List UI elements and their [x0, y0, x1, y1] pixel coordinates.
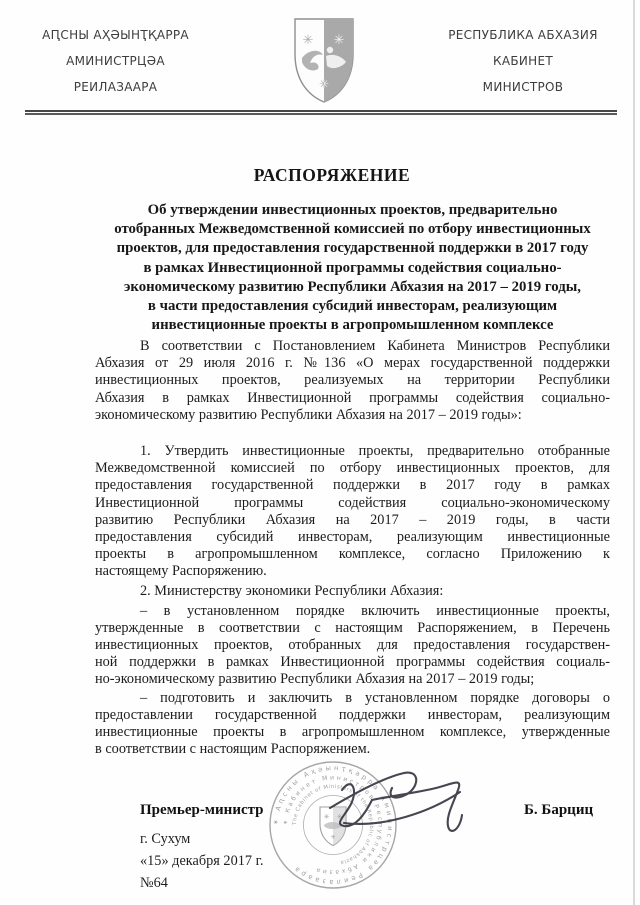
paragraph-line: предоставления субсидий инвесторам, реал… [95, 529, 610, 546]
page-edge-shadow [633, 0, 635, 905]
paragraph-line: Межведомственной комиссией по отбору инв… [95, 460, 610, 477]
paragraph-line: инвестиционные проекты в агропромышленно… [95, 724, 610, 741]
header-left-line: АМИНИСТРЦӘА [28, 48, 203, 74]
paragraph-line: проекты в агропромышленном комплексе, со… [95, 546, 610, 563]
paragraph-dash-1: – в установленном порядке включить инвес… [95, 603, 610, 689]
paragraph-line: Абхазия от 29 июля 2016 г. №136 «О мерах… [95, 355, 610, 372]
subject-line: в рамках Инвестиционной программы содейс… [95, 259, 610, 278]
paragraph-line: Абхазия в рамках Инвестиционной программ… [95, 390, 610, 407]
header-right-block: РЕСПУБЛИКА АБХАЗИЯ КАБИНЕТ МИНИСТРОВ [448, 22, 598, 100]
svg-text:✳: ✳ [303, 32, 314, 47]
paragraph-line: Инвестиционной программы содействия соци… [95, 495, 610, 512]
subject-line: в части предоставления субсидий инвестор… [95, 297, 610, 316]
paragraph-line: но-экономическому развитию Республики Аб… [95, 671, 610, 688]
header-left-block: АԤСНЫ АҲӘЫНҬҚАРРА АМИНИСТРЦӘА РЕИЛАЗААРА [28, 22, 203, 100]
paragraph-dash-2: – подготовить и заключить в установленно… [95, 690, 610, 759]
document-number: №64 [140, 875, 168, 892]
paragraph-item-1: 1. Утвердить инвестиционные проекты, пре… [95, 443, 610, 581]
paragraph-line: настоящему Распоряжению. [95, 563, 610, 580]
paragraph-line: В соответствии с Постановлением Кабинета… [95, 338, 610, 355]
document-body: В соответствии с Постановлением Кабинета… [95, 338, 610, 758]
date-line: «15» декабря 2017 г. [140, 853, 263, 870]
svg-text:✳: ✳ [334, 32, 345, 47]
subject-line: отобранных Межведомственной комиссией по… [95, 220, 610, 239]
signature-scribble-icon [300, 752, 475, 847]
header-left-line: АԤСНЫ АҲӘЫНҬҚАРРА [28, 22, 203, 48]
document-page: АԤСНЫ АҲӘЫНҬҚАРРА АМИНИСТРЦӘА РЕИЛАЗААРА… [0, 0, 640, 905]
subject-line: проектов, для предоставления государстве… [95, 239, 610, 258]
paragraph-line: экономическому развитию Республики Абхаз… [95, 407, 610, 424]
paragraph-line: предоставлении государственной поддержки… [95, 707, 610, 724]
paragraph-line: инвестиционных проектов, отобранных для … [95, 637, 610, 654]
paragraph-line: 1. Утвердить инвестиционные проекты, пре… [95, 443, 610, 460]
header-right-line: РЕСПУБЛИКА АБХАЗИЯ [448, 22, 598, 48]
premier-role-label: Премьер-министр [140, 802, 264, 819]
subject-block: Об утверждении инвестиционных проектов, … [95, 201, 610, 335]
header-divider [25, 110, 617, 115]
place-line: г. Сухум [140, 831, 190, 848]
subject-line: экономическому развитию Республики Абхаз… [95, 278, 610, 297]
paragraph-line: инвестиционных проектов, реализуемых на … [95, 372, 610, 389]
coat-of-arms-icon: ✳ ✳ ✳ ✳ [292, 16, 356, 108]
paragraph-line: ной поддержки в рамках Инвестиционной пр… [95, 654, 610, 671]
document-title: РАСПОРЯЖЕНИЕ [72, 165, 592, 186]
paragraph-line: – подготовить и заключить в установленно… [95, 690, 610, 707]
paragraph-line: 2. Министерству экономики Республики Абх… [95, 583, 610, 600]
signer-name: Б. Барциц [524, 802, 593, 819]
subject-line: инвестиционные проекты в агропромышленно… [95, 316, 610, 335]
paragraph-preamble: В соответствии с Постановлением Кабинета… [95, 338, 610, 424]
paragraph-item-2: 2. Министерству экономики Республики Абх… [95, 583, 610, 600]
paragraph-line: развитию Республики Абхазия на 2017 – 20… [95, 512, 610, 529]
subject-line: Об утверждении инвестиционных проектов, … [95, 201, 610, 220]
paragraph-line: утвержденные в соответствии с настоящим … [95, 620, 610, 637]
header-left-line: РЕИЛАЗААРА [28, 74, 203, 100]
paragraph-line: – в установленном порядке включить инвес… [95, 603, 610, 620]
header-right-line: МИНИСТРОВ [448, 74, 598, 100]
paragraph-line: предоставления государственной поддержки… [95, 477, 610, 494]
header-right-line: КАБИНЕТ [448, 48, 598, 74]
